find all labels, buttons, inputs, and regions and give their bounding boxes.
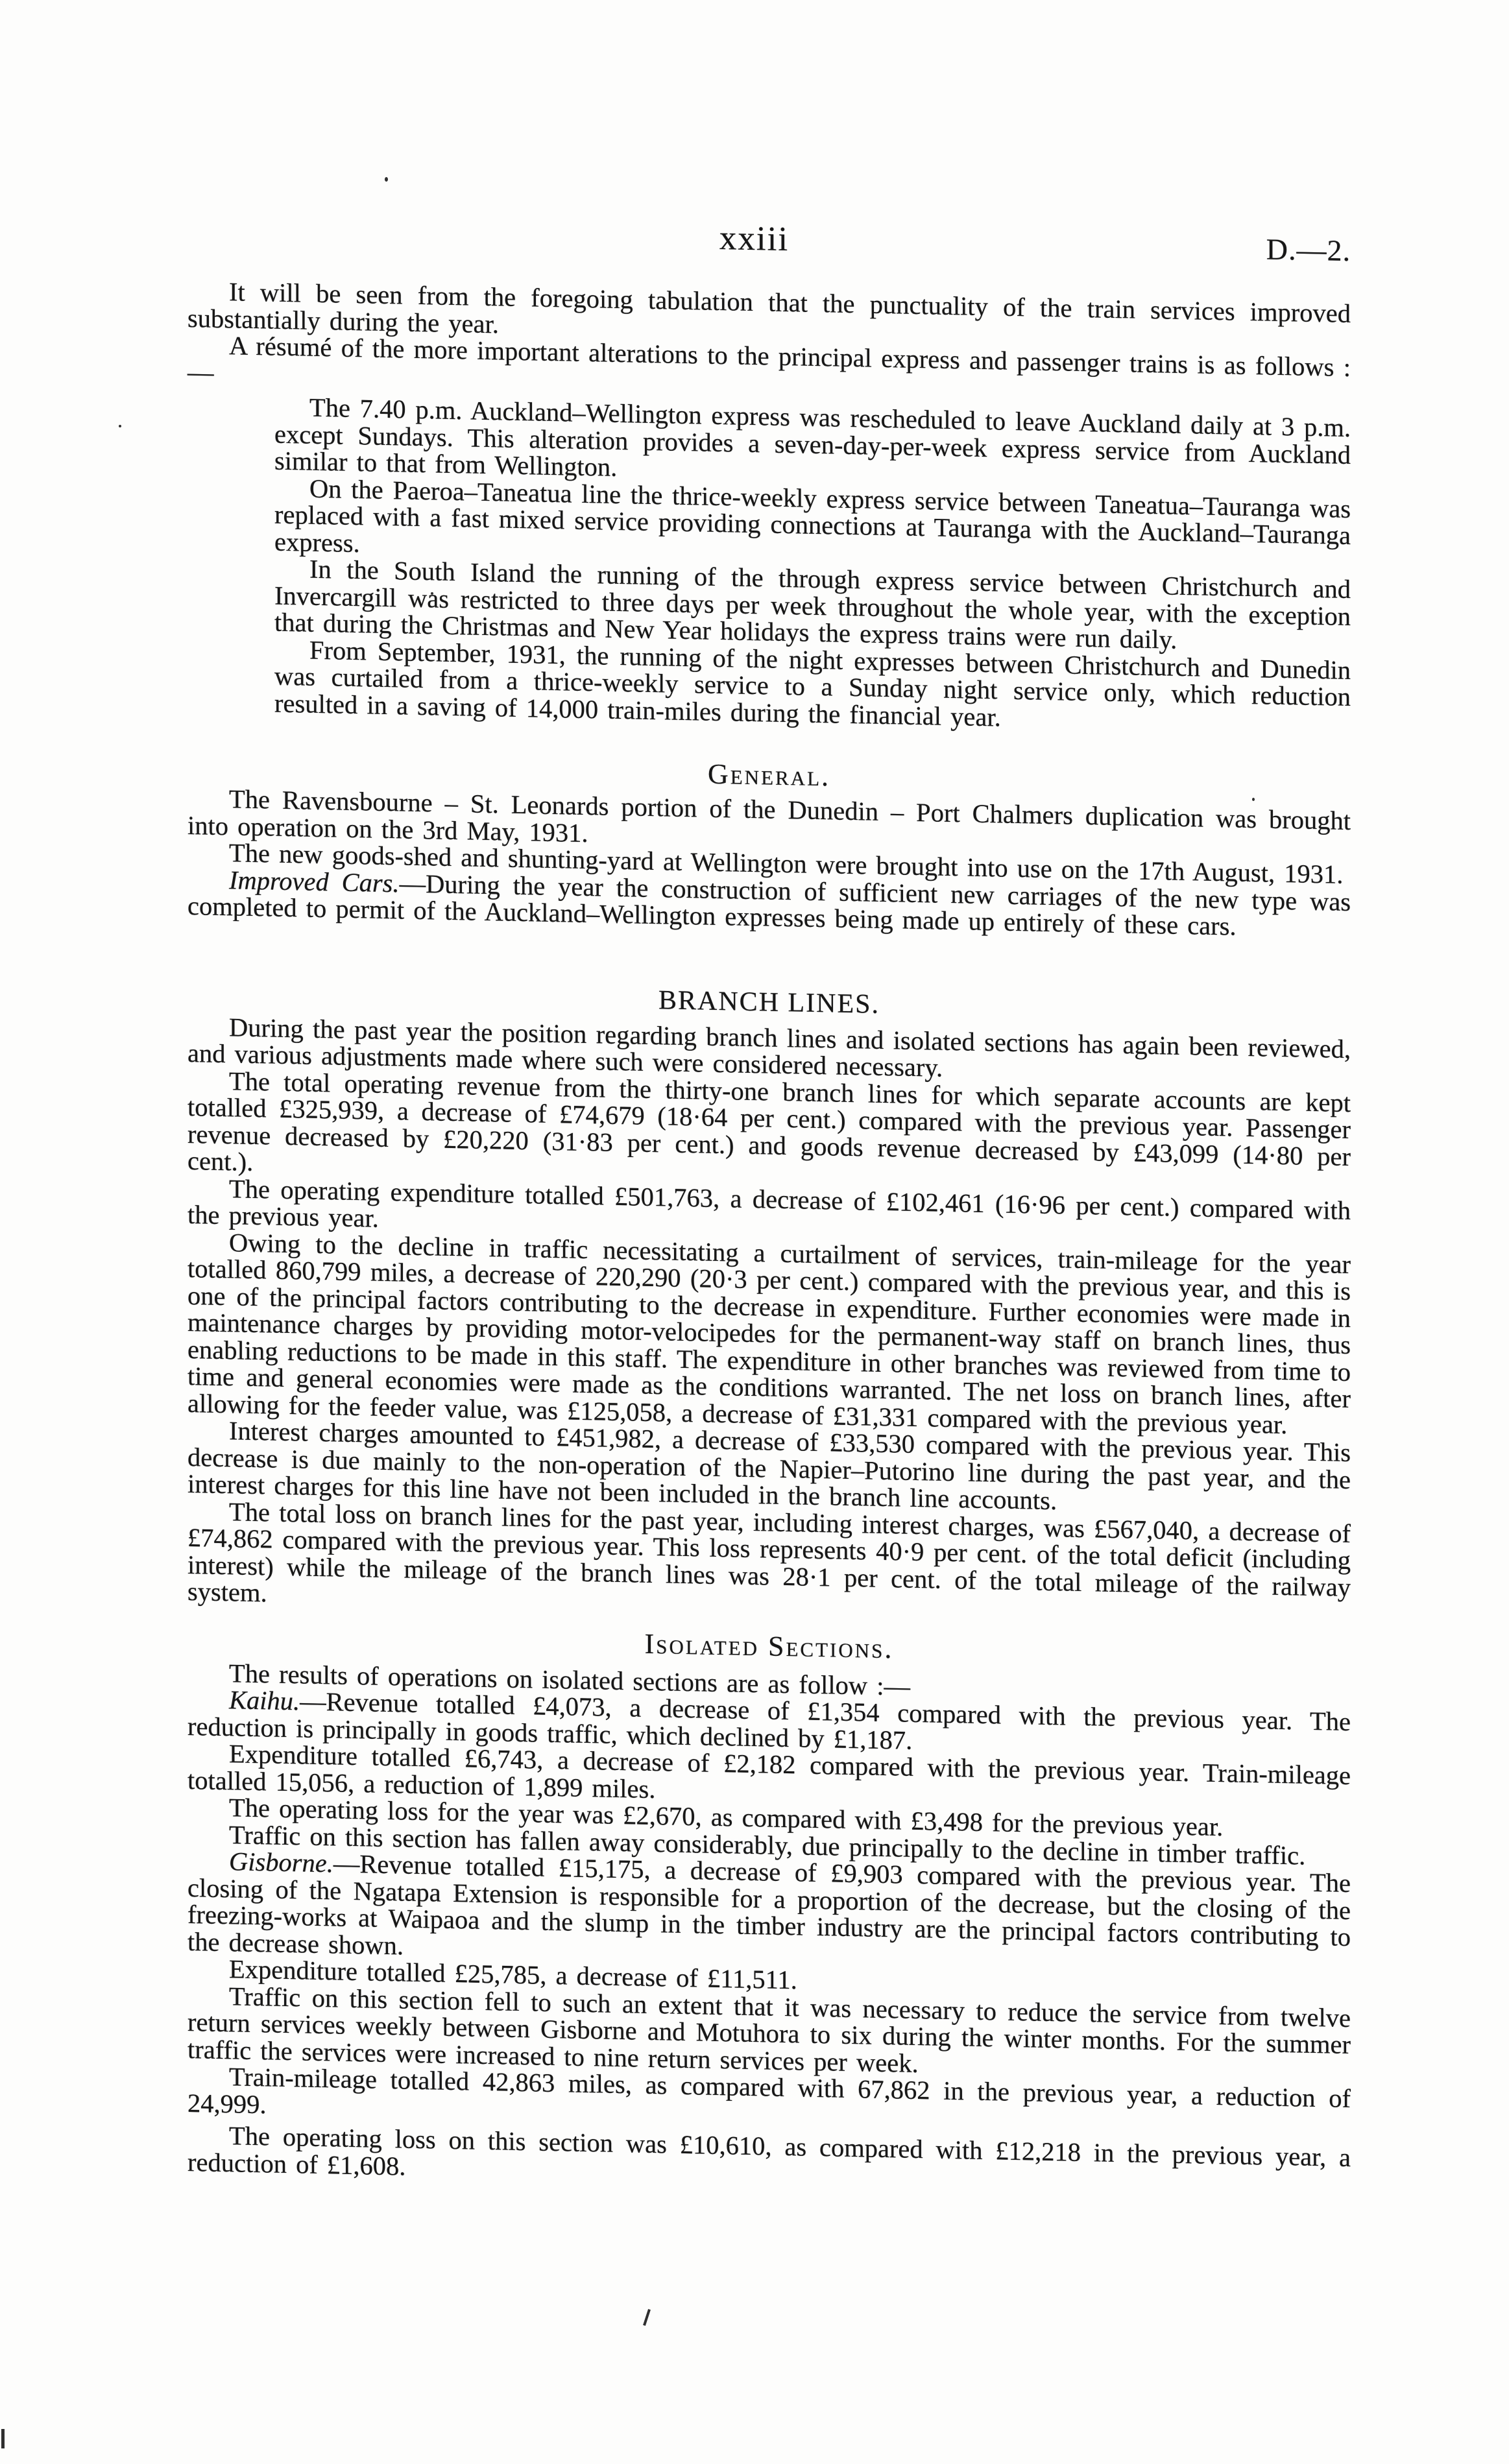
document-page: xxiii D.—2. It will be seen from the for… xyxy=(0,0,1509,2464)
report-code: D.—2. xyxy=(1266,234,1351,267)
scan-speck xyxy=(119,425,121,427)
paragraph-lead-kaihu: Kaihu. xyxy=(229,1685,300,1716)
page-content: xxiii D.—2. It will be seen from the for… xyxy=(187,211,1351,2198)
paragraph-branch-total-loss: The total loss on branch lines for the p… xyxy=(187,1498,1351,1628)
paragraph-lead-gisborne: Gisborne. xyxy=(229,1847,333,1878)
page-header: xxiii D.—2. xyxy=(187,211,1351,267)
paragraph-rest-gisborne: —Revenue totalled £15,175, a decrease of… xyxy=(187,1848,1351,1960)
scan-speck xyxy=(431,592,433,595)
page-number: xxiii xyxy=(187,211,1321,266)
scan-speck xyxy=(643,2309,651,2326)
paragraph-branch-train-mileage: Owing to the decline in traffic necessit… xyxy=(187,1228,1351,1440)
scan-speck xyxy=(385,177,388,182)
scan-speck xyxy=(1,2429,5,2448)
scan-speck xyxy=(1252,798,1255,801)
alterations-block: The 7.40 p.m. Auckland–Wellington expres… xyxy=(274,394,1351,737)
